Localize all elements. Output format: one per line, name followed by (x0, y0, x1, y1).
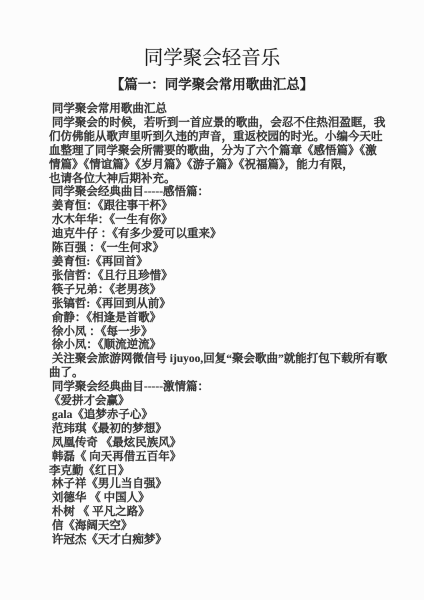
text-line: 曲了。 (49, 367, 424, 381)
text-line: 情篇》《情谊篇》《岁月篇》《游子篇》《祝福篇》，能力有限， (49, 159, 424, 173)
text-line: 关注聚会旅游网微信号 ijuyoo,回复“聚会歌曲”就能打包下载所有歌 (49, 353, 424, 367)
text-line: 刘德华 《 中国人》 (49, 492, 424, 506)
text-line: 韩磊《 向天再借五百年》 (49, 451, 424, 465)
text-line: gala《追梦赤子心》 (49, 409, 424, 423)
text-line: 迪克牛仔 ：《有多少爱可以重来》 (49, 228, 424, 242)
text-line: 徐小凤 ：《每一步》 (49, 326, 424, 340)
text-line: 俞静：《相逢是首歌》 (49, 312, 424, 326)
text-line: 许冠杰《天才白痴梦》 (49, 534, 424, 548)
document-body: 同学聚会常用歌曲汇总 同学聚会的时候，若听到一首应景的歌曲，会忍不住热泪盈眶，我… (49, 103, 424, 548)
text-line: 徐小凤：《顺流逆流》 (49, 339, 424, 353)
text-line: 们仿佛能从歌声里听到久违的声音，重返校园的时光。小编今天吐 (49, 131, 424, 145)
document-page: 同学聚会轻音乐 【篇一：同学聚会常用歌曲汇总】 同学聚会常用歌曲汇总 同学聚会的… (0, 0, 424, 600)
text-line: 血整理了同学聚会所需要的歌曲，分为了六个篇章《感悟篇》《激 (49, 145, 424, 159)
text-line: 陈百强 ：《一生何求》 (49, 242, 424, 256)
text-line: 李克勤《红日》 (49, 465, 424, 479)
text-line: 同学聚会经典曲目-----激情篇： (49, 381, 424, 395)
text-line: 同学聚会常用歌曲汇总 (49, 103, 424, 117)
text-line: 同学聚会经典曲目-----感悟篇： (49, 186, 424, 200)
text-line: 凤凰传奇 《最炫民族风》 (49, 437, 424, 451)
text-line: 张信哲：《且行且珍惜》 (49, 270, 424, 284)
text-line: 同学聚会的时候，若听到一首应景的歌曲，会忍不住热泪盈眶，我 (49, 117, 424, 131)
document-title: 同学聚会轻音乐 (0, 0, 424, 71)
text-line: 筷子兄弟：《老男孩》 (49, 284, 424, 298)
text-line: 信《海阔天空》 (49, 520, 424, 534)
text-line: 张镐哲:《再回到从前》 (49, 298, 424, 312)
text-line: 姜育恒:《再回首》 (49, 256, 424, 270)
text-line: 姜育恒：《跟往事干杯》 (49, 200, 424, 214)
text-line: 《爱拼才会赢》 (49, 395, 424, 409)
text-line: 也请各位大神后期补充。 (49, 173, 424, 187)
text-line: 林子祥《男儿当自强》 (49, 478, 424, 492)
document-subtitle: 【篇一：同学聚会常用歌曲汇总】 (0, 77, 424, 92)
text-line: 范玮琪《最初的梦想》 (49, 423, 424, 437)
text-line: 水木年华：《一生有你》 (49, 214, 424, 228)
text-line: 朴树 《 平凡之路》 (49, 506, 424, 520)
